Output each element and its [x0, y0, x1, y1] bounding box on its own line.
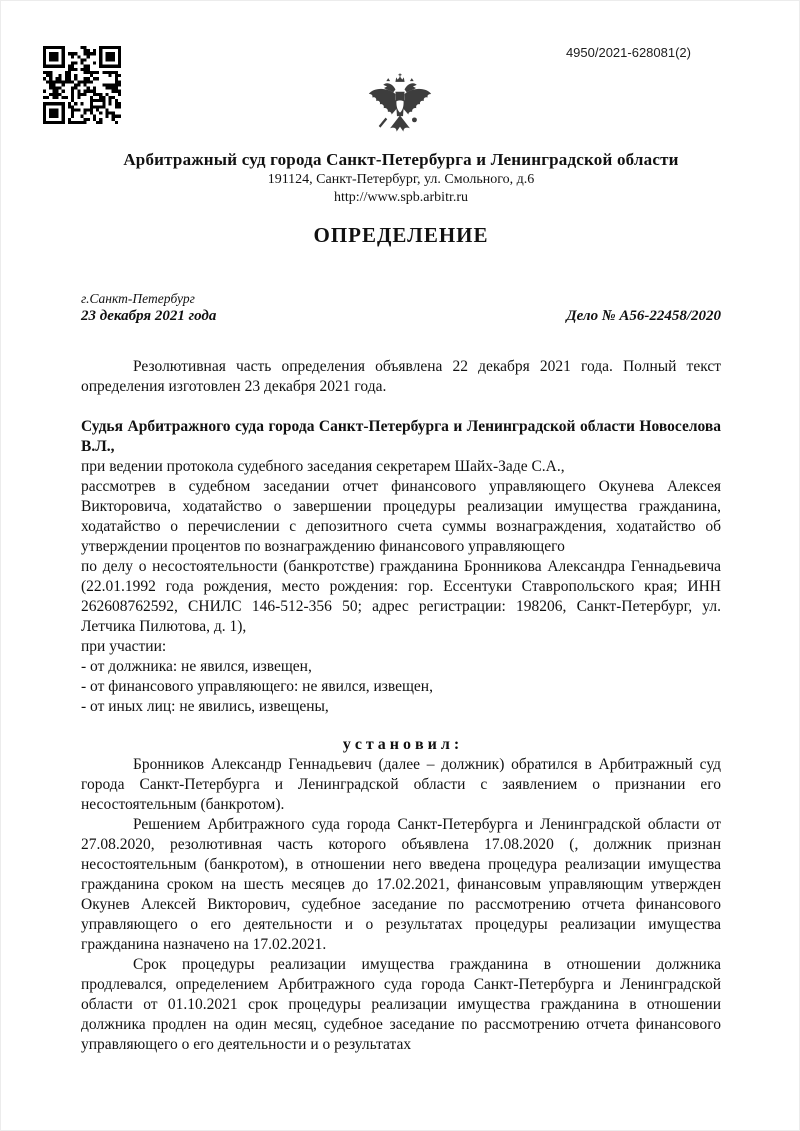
document-date: 23 декабря 2021 года	[81, 307, 216, 326]
paragraph-judge: Судья Арбитражного суда города Санкт-Пет…	[81, 417, 721, 457]
paragraph-secretary: при ведении протокола судебного заседани…	[81, 457, 721, 477]
paragraph-debtor-details: по делу о несостоятельности (банкротстве…	[81, 557, 721, 637]
meta-left: г.Санкт-Петербург 23 декабря 2021 года	[81, 290, 216, 326]
paragraph-attendance-label: при участии:	[81, 637, 721, 657]
court-website: http://www.spb.arbitr.ru	[81, 189, 721, 207]
case-number: Дело № А56-22458/2020	[566, 307, 721, 326]
paragraph-resolution-dates: Резолютивная часть определения объявлена…	[81, 357, 721, 397]
document-body: Резолютивная часть определения объявлена…	[81, 357, 721, 1055]
paragraph-attendance-manager: - от финансового управляющего: не явился…	[81, 677, 721, 697]
russian-coat-of-arms-icon	[362, 71, 438, 149]
paragraph-ruling-2: Решением Арбитражного суда города Санкт-…	[81, 815, 721, 955]
paragraph-ruling-3: Срок процедуры реализации имущества граж…	[81, 955, 721, 1055]
document-title: ОПРЕДЕЛЕНИЕ	[81, 223, 721, 248]
ruling-heading: у с т а н о в и л :	[81, 735, 721, 755]
court-address: 191124, Санкт-Петербург, ул. Смольного, …	[81, 171, 721, 189]
document-content: Арбитражный суд города Санкт-Петербурга …	[81, 149, 721, 1055]
court-name: Арбитражный суд города Санкт-Петербурга …	[81, 149, 721, 171]
paragraph-ruling-1: Бронников Александр Геннадьевич (далее –…	[81, 755, 721, 815]
document-city: г.Санкт-Петербург	[81, 290, 216, 307]
paragraph-hearing-subject: рассмотрев в судебном заседании отчет фи…	[81, 477, 721, 557]
court-ruling-page: 4950/2021-628081(2) Арбитражный с	[0, 0, 800, 1131]
paragraph-attendance-debtor: - от должника: не явился, извещен,	[81, 657, 721, 677]
paragraph-attendance-others: - от иных лиц: не явились, извещены,	[81, 697, 721, 717]
meta-row: г.Санкт-Петербург 23 декабря 2021 года Д…	[81, 290, 721, 326]
document-stamp-number: 4950/2021-628081(2)	[566, 45, 691, 60]
qr-code-icon	[43, 46, 121, 124]
